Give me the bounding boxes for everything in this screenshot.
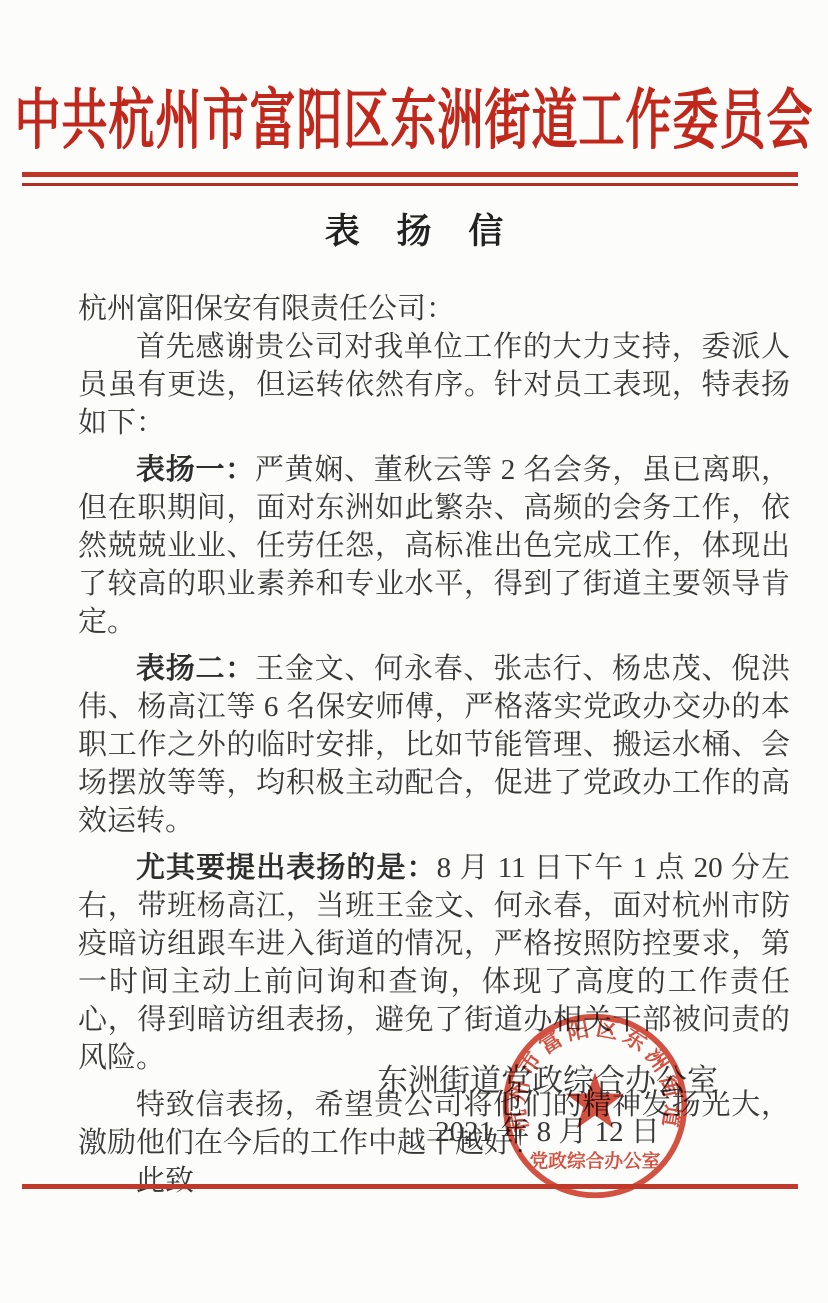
paragraph-text: 8 月 11 日下午 1 点 20 分左右，带班杨高江，当班王金文、何永春，面对… [78, 852, 790, 1074]
commendation-letter-page: 中共杭州市富阳区东洲街道工作委员会 表 扬 信 杭州富阳保安有限责任公司： 首先… [0, 0, 828, 1303]
signature-org: 东洲街道党政综合办公室 [377, 1055, 718, 1100]
paragraph-commendation-1: 表扬一：严黄娴、董秋云等 2 名会务，虽已离职，但在职期间，面对东洲如此繁杂、高… [78, 451, 790, 641]
paragraph-lead: 尤其要提出表扬的是： [136, 852, 437, 884]
closing-phrase: 此致 [78, 1162, 790, 1200]
signature-block: 东洲街道党政综合办公室 2021 年 8 月 12 日 [377, 1055, 718, 1150]
letterhead-rule-thin [22, 183, 798, 186]
salutation: 杭州富阳保安有限责任公司： [78, 290, 790, 328]
paragraph-intro: 首先感谢贵公司对我单位工作的大力支持，委派人员虽有更迭，但运转依然有序。针对员工… [78, 328, 790, 442]
letterhead-rule-thick [22, 172, 798, 177]
letterhead-org-title: 中共杭州市富阳区东洲街道工作委员会 [0, 57, 828, 185]
paragraph-commendation-2: 表扬二：王金文、何永春、张志行、杨忠茂、倪洪伟、杨高江等 6 名保安师傅，严格落… [78, 650, 790, 840]
paragraph-text: 首先感谢贵公司对我单位工作的大力支持，委派人员虽有更迭，但运转依然有序。针对员工… [78, 331, 790, 439]
footer-rule [22, 1184, 798, 1189]
paragraph-special-commendation: 尤其要提出表扬的是：8 月 11 日下午 1 点 20 分左右，带班杨高江，当班… [78, 849, 790, 1077]
paragraph-lead: 表扬二： [136, 653, 255, 685]
letter-title: 表 扬 信 [0, 204, 828, 254]
paragraph-lead: 表扬一： [136, 454, 255, 486]
signature-date: 2021 年 8 月 12 日 [377, 1109, 718, 1150]
